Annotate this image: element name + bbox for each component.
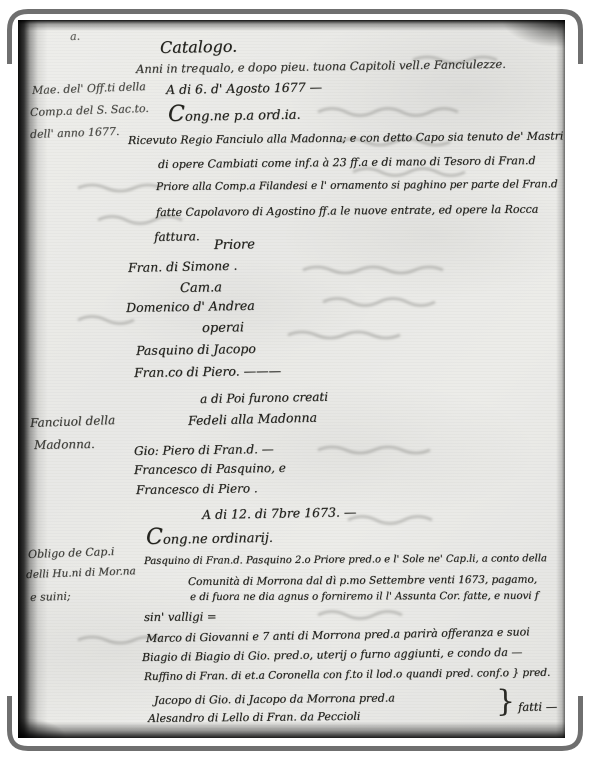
body-line: Pasquino di Fran.d. Pasquino 2.o Priore … xyxy=(144,553,547,567)
body-line: Marco di Giovanni e 7 anti di Morrona pr… xyxy=(146,625,530,645)
page-number-mark: a. xyxy=(70,30,81,43)
margin-note: Mae. del' Off.ti della xyxy=(32,80,146,97)
margin-note: Fanciuol della xyxy=(30,413,116,430)
margin-note: Obligo de Cap.i xyxy=(28,545,115,561)
manuscript-scan: a.Catalogo.Anni in trequalo, e dopo pieu… xyxy=(18,20,565,738)
entry-heading: Cong.ne ordinarij. xyxy=(146,529,273,548)
role-heading: Cam.a xyxy=(180,280,222,296)
margin-note: e suini; xyxy=(30,590,71,604)
margin-note: Madonna. xyxy=(34,437,95,452)
body-line: Comunità di Morrona dal dì p.mo Settembr… xyxy=(188,574,537,588)
name-line: Domenico d' Andrea xyxy=(126,298,255,315)
margin-note: Comp.a del S. Sac.to. xyxy=(30,102,149,119)
body-line: Ruffino di Fran. di et.a Coronella con f… xyxy=(144,667,550,683)
body-line: e di fuora ne dia agnus o forniremo il l… xyxy=(190,591,539,603)
margin-note: delli Hu.ni di Mor.na xyxy=(26,565,136,581)
body-line: Jacopo di Gio. di Jacopo da Morrona pred… xyxy=(154,691,395,707)
body-line: Ricevuto Regio Fanciulo alla Madonna; e … xyxy=(128,129,564,147)
manuscript-lines: a.Catalogo.Anni in trequalo, e dopo pieu… xyxy=(18,20,565,738)
body-line: Alesandro di Lello di Fran. da Peccioli xyxy=(148,710,360,725)
body-line: Biagio di Biagio di Gio. pred.o, uterij … xyxy=(142,646,522,664)
body-line: sin' valligi = xyxy=(144,609,217,624)
name-line: Fran.co di Piero. ——— xyxy=(134,363,281,380)
name-line: Francesco di Pasquino, e xyxy=(134,461,286,477)
entry-date: A di 12. di 7bre 1673. — xyxy=(202,504,357,522)
name-line: Gio: Piero di Fran.d. — xyxy=(134,442,274,458)
entry-date: A di 6. d' Agosto 1677 — xyxy=(166,79,322,97)
name-line: Francesco di Piero . xyxy=(136,481,258,497)
entry-heading: Fedeli alla Madonna xyxy=(188,410,317,428)
entry-heading: Cong.ne p.a ord.ia. xyxy=(168,106,301,125)
body-line: Priore alla Comp.a Filandesi e l' orname… xyxy=(156,178,558,193)
body-line: fatte Capolavoro di Agostino ff.a le nuo… xyxy=(156,203,538,219)
group-brace: } xyxy=(496,684,515,719)
role-heading: Priore xyxy=(214,237,255,253)
name-line: Pasquino di Jacopo xyxy=(136,341,256,358)
body-line: fattura. xyxy=(154,229,200,244)
heading-title: Catalogo. xyxy=(160,37,238,57)
heading-subtitle: Anni in trequalo, e dopo pieu. tuona Cap… xyxy=(136,57,506,76)
role-heading: operai xyxy=(202,320,244,336)
entry-heading: a di Poi furono creati xyxy=(200,390,328,406)
group-label: fatti — xyxy=(518,699,557,714)
margin-note: dell' anno 1677. xyxy=(30,125,120,141)
body-line: di opere Cambiati come inf.a à 23 ff.a e… xyxy=(158,154,536,171)
name-line: Fran. di Simone . xyxy=(128,258,238,275)
